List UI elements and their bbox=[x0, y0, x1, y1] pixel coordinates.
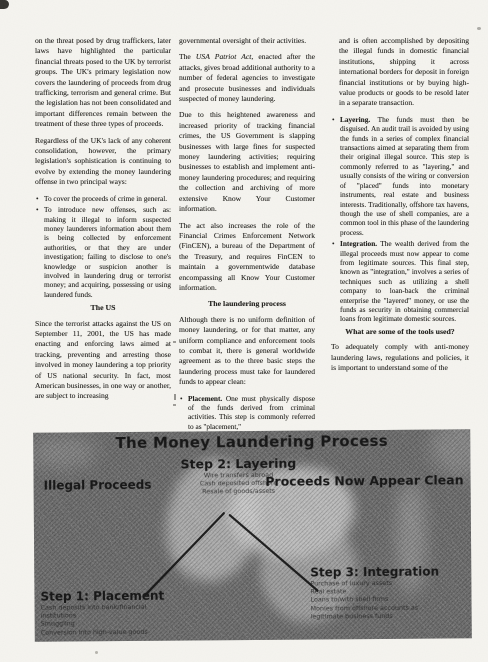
figure-step1-placement: Step 1: Placement Cash deposits into ban… bbox=[40, 588, 250, 636]
column-left: on the threat posed by drug traffickers,… bbox=[35, 36, 171, 433]
column-middle: governmental oversight of their activiti… bbox=[179, 36, 315, 433]
illegal-proceeds-label: Illegal Proceeds bbox=[44, 478, 152, 493]
bullet-item: To cover the proceeds of crime in genera… bbox=[35, 194, 171, 203]
scan-artifact bbox=[95, 651, 98, 654]
paragraph: Since the terrorist attacks against the … bbox=[35, 319, 171, 402]
bullet-text: The funds must then be disguised. An aud… bbox=[340, 115, 469, 237]
usa-patriot-act-italic: USA Patriot Act bbox=[196, 52, 252, 61]
step2-label: Step 2: Layering bbox=[148, 455, 328, 471]
paragraph: on the threat posed by drug traffickers,… bbox=[35, 36, 171, 130]
scan-artifact bbox=[173, 341, 176, 343]
bullet-item-layering: Layering. The funds must then be disguis… bbox=[331, 115, 469, 237]
paragraph: Due to this heightened awareness and inc… bbox=[179, 110, 315, 214]
scan-artifact bbox=[173, 404, 176, 406]
bullet-list: To cover the proceeds of crime in genera… bbox=[35, 194, 171, 299]
figure-title: The Money Laundering Process bbox=[33, 431, 470, 452]
step1-detail: Conversion into high-value goods bbox=[41, 627, 251, 637]
bullet-lead: Layering. bbox=[340, 115, 370, 124]
bullet-lead: Placement. bbox=[188, 394, 222, 403]
column-right: and is often accomplished by depositing … bbox=[331, 36, 469, 433]
bullet-item-integration: Integration. The wealth derived from the… bbox=[331, 239, 469, 324]
bullet-text: The wealth derived from the illegal proc… bbox=[340, 239, 469, 323]
paragraph-text: The bbox=[179, 52, 196, 61]
section-heading-tools-used: What are some of the tools used? bbox=[331, 327, 469, 337]
bullet-item-placement: Placement. One must physically dispose o… bbox=[179, 394, 315, 432]
scan-artifact bbox=[174, 394, 176, 400]
article-columns: on the threat posed by drug traffickers,… bbox=[35, 36, 469, 433]
money-laundering-process-figure: The Money Laundering Process Step 2: Lay… bbox=[33, 429, 472, 641]
figure-step3-integration: Step 3: Integration Purchase of luxury a… bbox=[310, 564, 468, 620]
paragraph: governmental oversight of their activiti… bbox=[179, 36, 315, 46]
section-heading-the-us: The US bbox=[35, 303, 171, 313]
bullet-lead: Integration. bbox=[340, 239, 377, 248]
paragraph: and is often accomplished by depositing … bbox=[331, 36, 469, 109]
paragraph: The act also increases the role of the F… bbox=[179, 221, 315, 294]
proceeds-clean-label: Proceeds Now Appear Clean bbox=[265, 472, 463, 489]
step3-label: Step 3: Integration bbox=[310, 564, 468, 579]
paragraph: The USA Patriot Act, enacted after the a… bbox=[179, 52, 315, 104]
paragraph: To adequately comply with anti-money lau… bbox=[331, 342, 469, 373]
bullet-item: To introduce new offenses, such as: maki… bbox=[35, 205, 171, 299]
paragraph: Although there is no uniform definition … bbox=[179, 315, 315, 388]
step3-detail: legitimate business funds bbox=[311, 611, 469, 620]
section-heading-laundering-process: The laundering process bbox=[179, 299, 315, 309]
paragraph: Regardless of the UK's lack of any coher… bbox=[35, 136, 171, 188]
scan-artifact bbox=[0, 0, 9, 9]
scan-artifact bbox=[477, 27, 481, 30]
